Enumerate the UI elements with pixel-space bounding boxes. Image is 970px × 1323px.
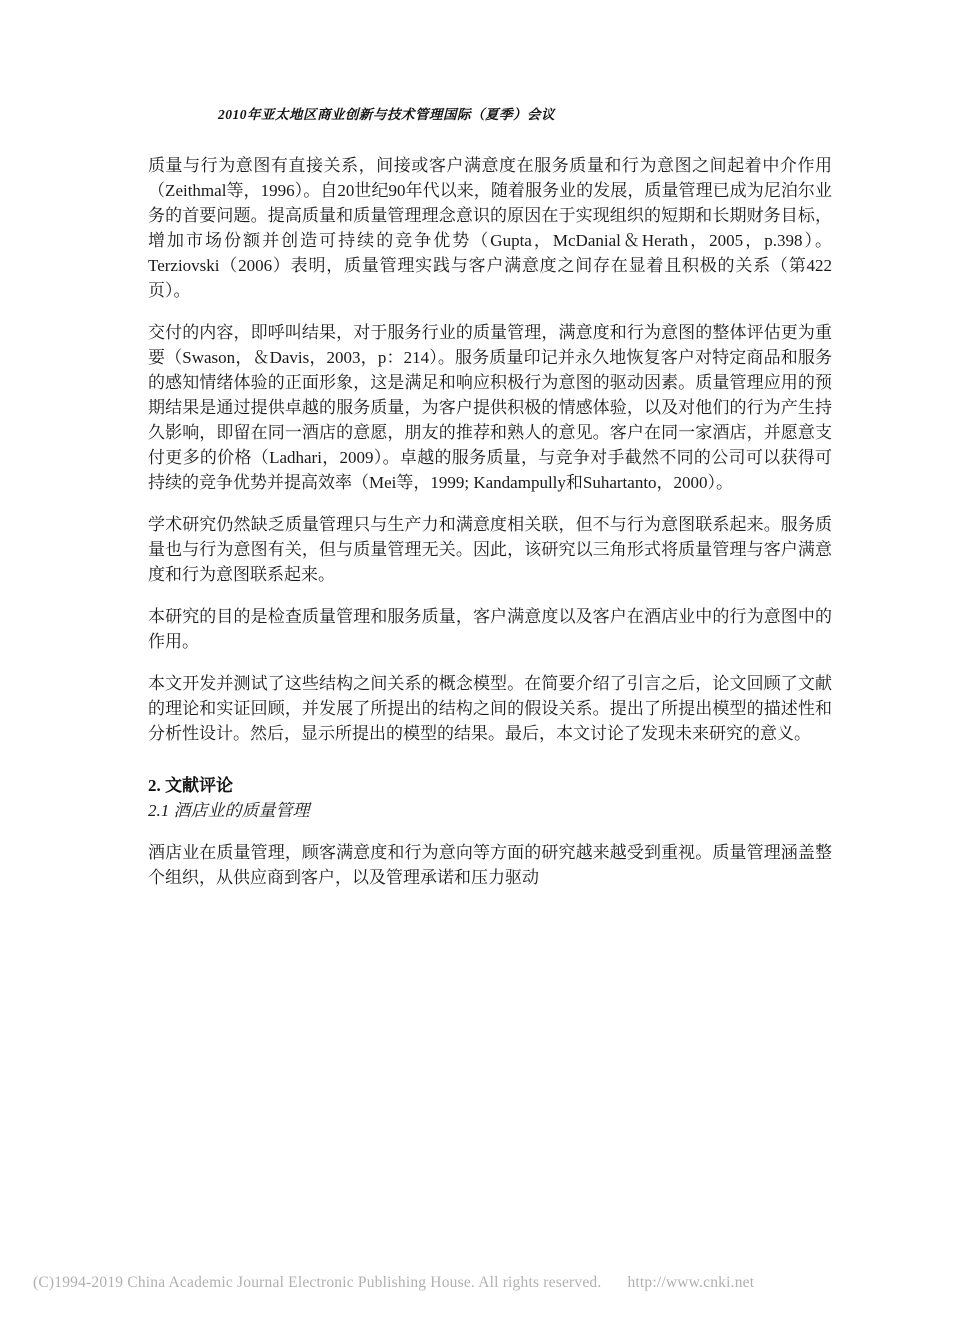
running-head-conference-title: 2010年亚太地区商业创新与技术管理国际（夏季）会议 — [218, 103, 555, 123]
paragraph: 质量与行为意图有直接关系，间接或客户满意度在服务质量和行为意图之间起着中介作用（… — [148, 153, 832, 303]
document-page: 2010年亚太地区商业创新与技术管理国际（夏季）会议 质量与行为意图有直接关系，… — [0, 0, 970, 1323]
document-body: 质量与行为意图有直接关系，间接或客户满意度在服务质量和行为意图之间起着中介作用（… — [148, 153, 832, 907]
subsection-heading-quality-management: 2.1 酒店业的质量管理 — [148, 798, 832, 823]
footer-url: http://www.cnki.net — [627, 1274, 754, 1292]
page-footer: (C)1994-2019 China Academic Journal Elec… — [33, 1274, 933, 1292]
paragraph: 酒店业在质量管理，顾客满意度和行为意向等方面的研究越来越受到重视。质量管理涵盖整… — [148, 840, 832, 890]
paragraph: 本文开发并测试了这些结构之间关系的概念模型。在简要介绍了引言之后，论文回顾了文献… — [148, 671, 832, 746]
footer-copyright: (C)1994-2019 China Academic Journal Elec… — [33, 1274, 601, 1292]
paragraph: 交付的内容，即呼叫结果，对于服务行业的质量管理，满意度和行为意图的整体评估更为重… — [148, 320, 832, 495]
section-heading-literature-review: 2. 文献评论 — [148, 773, 832, 798]
paragraph: 本研究的目的是检查质量管理和服务质量，客户满意度以及客户在酒店业中的行为意图中的… — [148, 604, 832, 654]
paragraph: 学术研究仍然缺乏质量管理只与生产力和满意度相关联，但不与行为意图联系起来。服务质… — [148, 512, 832, 587]
